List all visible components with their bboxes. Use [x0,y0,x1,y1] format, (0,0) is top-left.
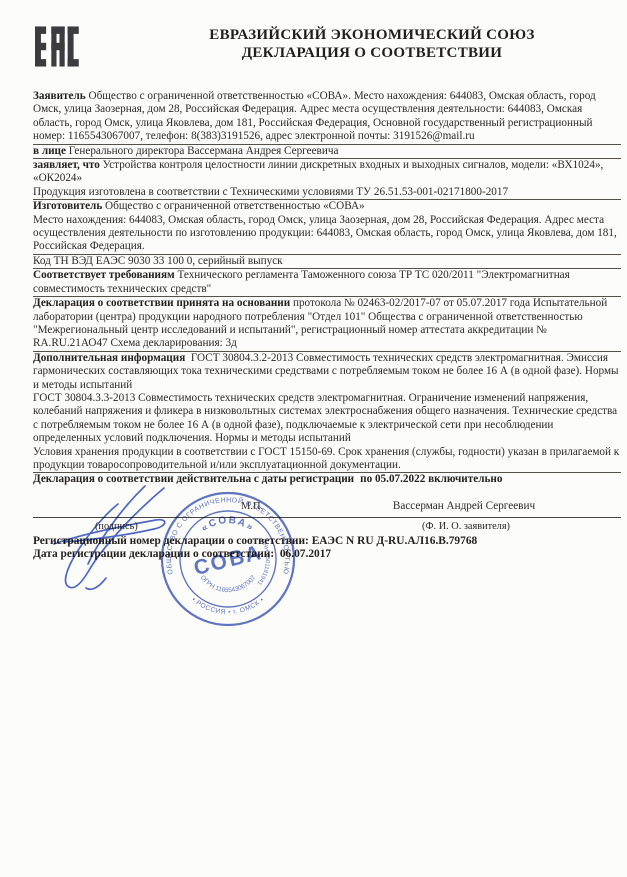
company-stamp: ОБЩЕСТВО С ОГРАНИЧЕННОЙ ОТВЕТСТВЕННОСТЬЮ… [153,484,303,634]
svg-text:«СОВА»: «СОВА» [199,515,256,535]
in-person-label: в лице [33,145,66,157]
in-person-text: Генерального директора Вассермана Андрея… [69,145,339,157]
title-line-1: ЕВРАЗИЙСКИЙ ЭКОНОМИЧЕСКИЙ СОЮЗ [145,27,599,45]
applicant-label: Заявитель [33,90,86,102]
additional-text-3: Условия хранения продукции в соответстви… [33,446,621,473]
document-title: ЕВРАЗИЙСКИЙ ЭКОНОМИЧЕСКИЙ СОЮЗ ДЕКЛАРАЦИ… [145,27,599,62]
manufacturer-paragraph: Изготовитель Общество с ограниченной отв… [33,200,621,255]
additional-text-2: ГОСТ 30804.3.3-2013 Совместимость технич… [33,392,621,446]
fio-caption: (Ф. И. О. заявителя) [366,520,566,533]
made-text: Продукция изготовлена в соответствии с Т… [33,186,508,198]
conforms-label: Соответствует требованиям [33,269,175,281]
applicant-fio: Вассерман Андрей Сергеевич [364,500,564,513]
applicant-text: Общество с ограниченной ответственностью… [33,90,596,142]
basis-paragraph: Декларация о соответствии принята на осн… [33,297,621,352]
eac-logo-label: EAC [81,19,82,20]
eac-logo: EAC [35,19,81,74]
manufacturer-label: Изготовитель [33,200,102,212]
tnved-text: Код ТН ВЭД ЕАЭС 9030 33 100 0, серийный … [33,255,283,267]
eac-mark-icon [35,19,81,74]
title-line-2: ДЕКЛАРАЦИЯ О СООТВЕТСТВИИ [145,45,599,63]
applicant-paragraph: Заявитель Общество с ограниченной ответс… [33,90,621,145]
additional-info-label: Дополнительная информация [33,352,185,364]
in-person-paragraph: в лице Генерального директора Вассермана… [33,145,621,159]
validity-value: по 05.07.2022 включительно [354,473,502,485]
registration-number-value: ЕАЭС N RU Д-RU.АЛ16.В.79768 [312,535,478,547]
tnved-paragraph: Код ТН ВЭД ЕАЭС 9030 33 100 0, серийный … [33,255,621,269]
declares-paragraph: заявляет, что Устройства контроля целост… [33,159,621,186]
manufacturer-text: Общество с ограниченной ответственностью… [105,200,365,212]
made-paragraph: Продукция изготовлена в соответствии с Т… [33,186,621,200]
additional-info-paragraph: Дополнительная информация ГОСТ 30804.3.2… [33,352,621,474]
declaration-document-page: EAC ЕВРАЗИЙСКИЙ ЭКОНОМИЧЕСКИЙ СОЮЗ ДЕКЛА… [0,0,627,877]
conforms-paragraph: Соответствует требованиям Технического р… [33,269,621,297]
manufacturer-address: Место нахождения: 644083, Омская область… [33,214,621,254]
declares-text: Устройства контроля целостности линии ди… [33,159,603,184]
basis-label: Декларация о соответствии принята на осн… [33,297,290,309]
stamp-inner-top-text: «СОВА» [199,515,256,535]
stamp-center-text: СОВА [191,541,265,580]
declares-label: заявляет, что [33,159,100,171]
